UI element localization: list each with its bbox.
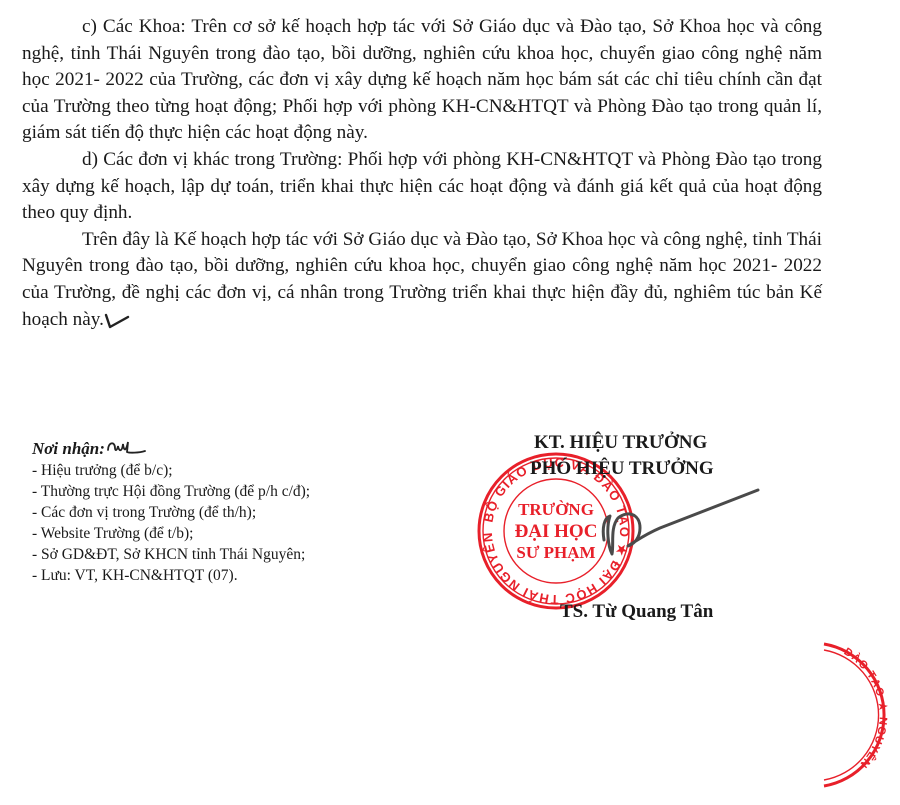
recipients-title: Nơi nhận:: [32, 439, 105, 458]
paragraph-other-units: d) Các đơn vị khác trong Trường: Phối hợ…: [22, 147, 822, 227]
handwritten-signature-icon: [600, 488, 760, 568]
recipient-item: - Sở GD&ĐT, Sở KHCN tỉnh Thái Nguyên;: [32, 544, 452, 565]
svg-text:ĐÀO TẠO ★ NGUYÊN: ĐÀO TẠO ★ NGUYÊN: [842, 646, 889, 771]
recipient-item: - Website Trường (để t/b);: [32, 523, 452, 544]
signature-title-2: PHÓ HIỆU TRƯỞNG: [530, 458, 714, 480]
recipient-item: - Thường trực Hội đồng Trường (để p/h c/…: [32, 481, 452, 502]
partial-stamp-text: ĐÀO TẠO ★ NGUYÊN: [842, 646, 889, 771]
paragraph-closing: Trên đây là Kế hoạch hợp tác với Sở Giáo…: [22, 227, 822, 333]
handwritten-initial-icon: [105, 438, 147, 456]
recipient-item: - Hiệu trưởng (để b/c);: [32, 460, 452, 481]
signer-name: TS. Từ Quang Tân: [560, 601, 713, 623]
recipients-heading: Nơi nhận:: [32, 438, 452, 460]
recipient-item: - Lưu: VT, KH-CN&HTQT (07).: [32, 565, 452, 586]
signature-title-1: KT. HIỆU TRƯỞNG: [534, 432, 707, 454]
partial-stamp: ĐÀO TẠO ★ NGUYÊN: [820, 640, 890, 790]
paragraph-khoa: c) Các Khoa: Trên cơ sở kế hoạch hợp tác…: [22, 14, 822, 147]
initial-mark-icon: [104, 311, 130, 329]
recipients-list: Nơi nhận: - Hiệu trưởng (để b/c); - Thườ…: [32, 438, 452, 586]
recipient-item: - Các đơn vị trong Trường (để th/h);: [32, 502, 452, 523]
document-body: c) Các Khoa: Trên cơ sở kế hoạch hợp tác…: [22, 14, 822, 333]
closing-text: Trên đây là Kế hoạch hợp tác với Sở Giáo…: [22, 229, 822, 330]
